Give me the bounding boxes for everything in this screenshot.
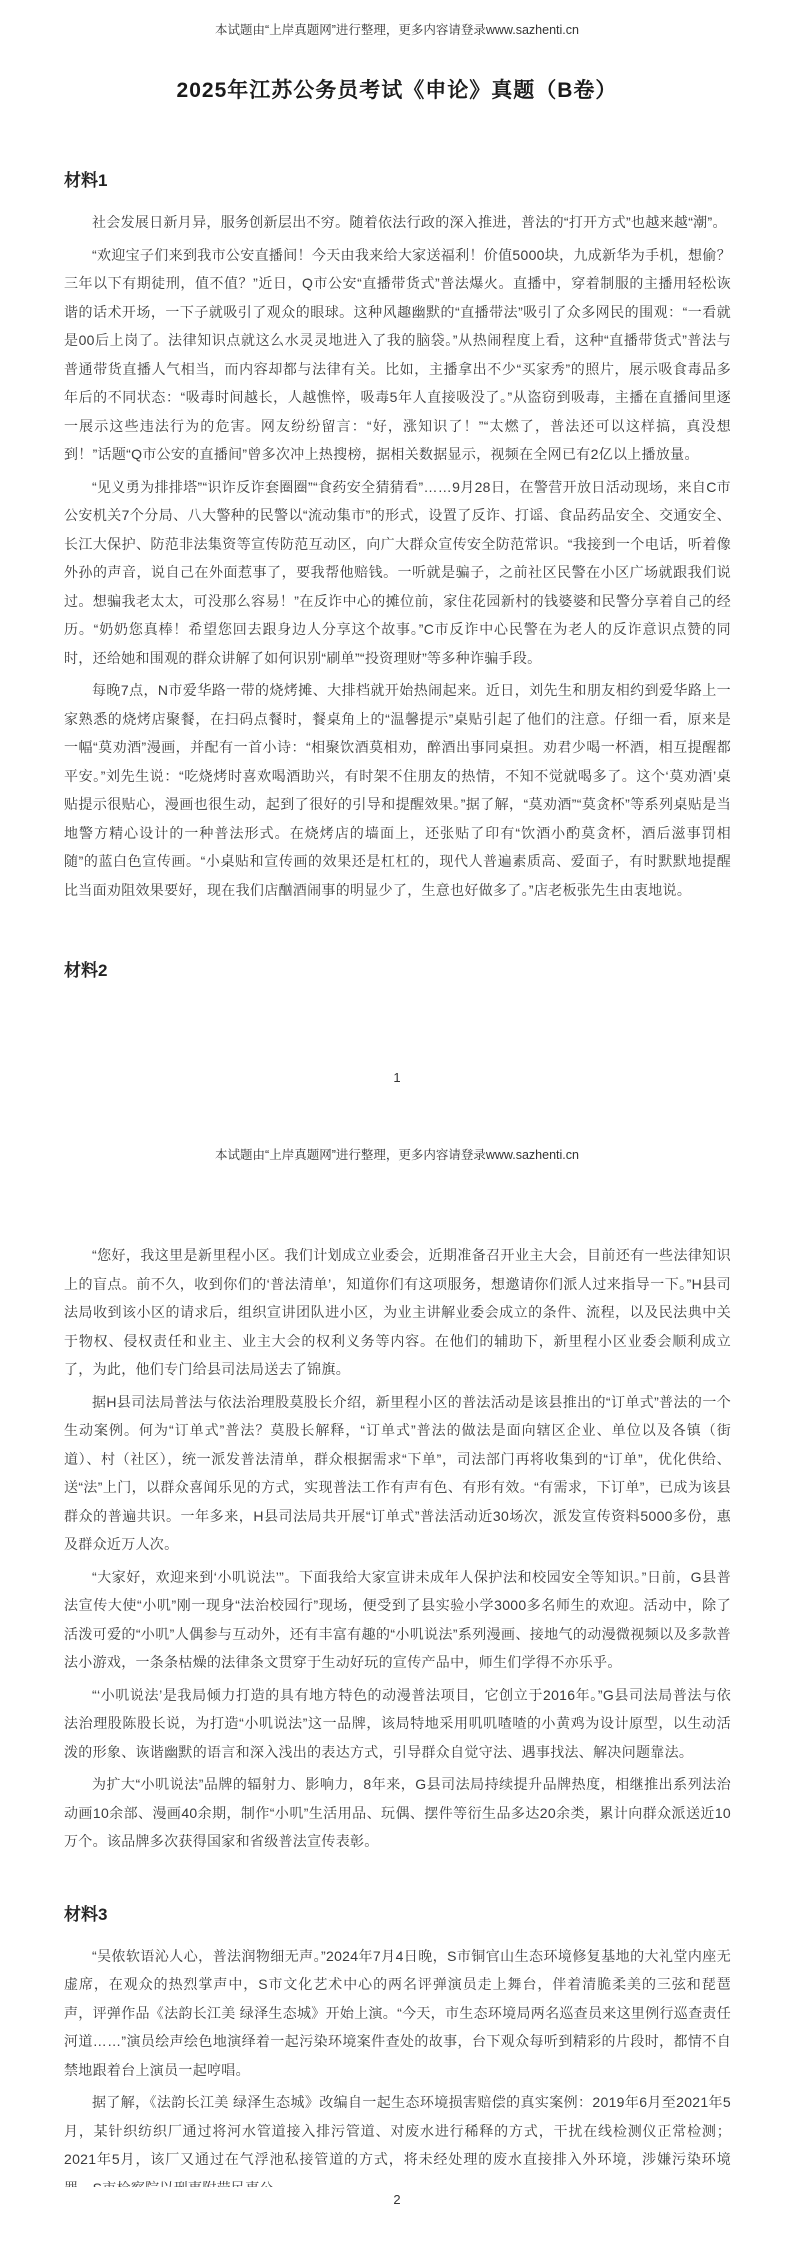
material2-paragraph: 据H县司法局普法与依法治理股莫股长介绍，新里程小区的普法活动是该县推出的“订单式… xyxy=(64,1388,731,1559)
material2-paragraph: “大家好，欢迎来到‘小叽说法’”。下面我给大家宣讲未成年人保护法和校园安全等知识… xyxy=(64,1563,731,1677)
exam-document: 本试题由“上岸真题网”进行整理，更多内容请登录www.sazhenti.cn 2… xyxy=(0,0,794,2244)
page-number: 1 xyxy=(0,1070,794,1085)
material1-paragraph: 每晚7点，N市爱华路一带的烧烤摊、大排档就开始热闹起来。近日，刘先生和朋友相约到… xyxy=(64,676,731,904)
material2-paragraph: “您好，我这里是新里程小区。我们计划成立业委会，近期准备召开业主大会，目前还有一… xyxy=(64,1241,731,1384)
page-2-content: 本试题由“上岸真题网”进行整理，更多内容请登录www.sazhenti.cn “… xyxy=(0,1147,794,2187)
source-note: 本试题由“上岸真题网”进行整理，更多内容请登录www.sazhenti.cn xyxy=(0,0,794,38)
material2-heading: 材料2 xyxy=(64,960,794,982)
material3-paragraph: 据了解，《法韵长江美 绿泽生态城》改编自一起生态环境损害赔偿的真实案例：2019… xyxy=(64,2088,731,2187)
material1-paragraph: “欢迎宝子们来到我市公安直播间！今天由我来给大家送福利！价值5000块，九成新华… xyxy=(64,241,731,469)
material1-paragraph: “见义勇为排排塔”“识诈反诈套圈圈”“食药安全猜猜看”……9月28日，在警营开放… xyxy=(64,473,731,673)
material1-paragraph: 社会发展日新月异，服务创新层出不穷。随着依法行政的深入推进，普法的“打开方式”也… xyxy=(64,208,731,237)
material3-paragraph: “吴侬软语沁人心，普法润物细无声。”2024年7月4日晚，S市铜官山生态环境修复… xyxy=(64,1942,731,2085)
material2-paragraph: 为扩大“小叽说法”品牌的辐射力、影响力，8年来，G县司法局持续提升品牌热度，相继… xyxy=(64,1770,731,1856)
page-1-content: 本试题由“上岸真题网”进行整理，更多内容请登录www.sazhenti.cn 2… xyxy=(0,0,794,1066)
source-note: 本试题由“上岸真题网”进行整理，更多内容请登录www.sazhenti.cn xyxy=(0,1147,794,1163)
material3-heading: 材料3 xyxy=(64,1904,794,1926)
material2-paragraph: “‘小叽说法’是我局倾力打造的具有地方特色的动漫普法项目，它创立于2016年。”… xyxy=(64,1681,731,1767)
page-number: 2 xyxy=(0,2192,794,2207)
page-title: 2025年江苏公务员考试《申论》真题（B卷） xyxy=(0,78,794,104)
material1-heading: 材料1 xyxy=(64,170,794,192)
